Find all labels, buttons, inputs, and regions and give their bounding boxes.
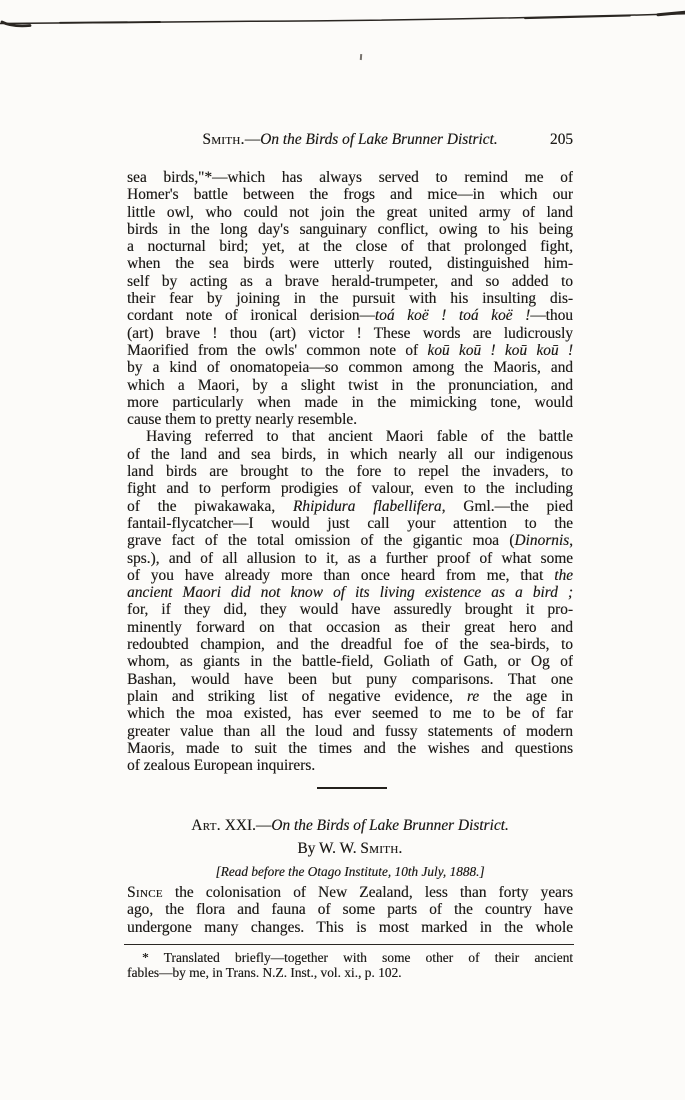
text-line: of the land and sea birds, in which near… [127,446,573,463]
paragraph-having-referred: Having referred to that ancient Maori fa… [127,428,573,774]
scanned-book-page: Smith.—On the Birds of Lake Brunner Dist… [0,0,685,1100]
text-line: sea birds,"*—which has always served to … [127,169,573,186]
text-line: Having referred to that ancient Maori fa… [127,428,573,445]
article-byline: By W. W. Smith. [127,840,573,858]
text-line: little owl, who could not join the great… [127,204,573,221]
text-line: which a Maori, by a slight twist in the … [127,377,573,394]
text-line: Bashan, would have been but puny compari… [127,671,573,688]
text-line: minently forward on that occasion as the… [127,619,573,636]
text-line: of the piwakawaka, Rhipidura flabellifer… [127,498,573,515]
text-line: ancient Maori did not know of its living… [127,584,573,601]
text-line: cause them to pretty nearly resemble. [127,411,573,428]
running-header: Smith.—On the Birds of Lake Brunner Dist… [127,131,573,151]
text-line: * Translated briefly—together with some … [127,950,573,965]
running-header-title: Smith.—On the Birds of Lake Brunner Dist… [127,131,573,149]
footnote-rule [124,944,574,945]
torn-page-edge-artifact [0,0,685,42]
text-line: by a kind of onomatopeia—so common among… [127,359,573,376]
text-line: Maoris, made to suit the times and the w… [127,740,573,757]
text-line: for, if they did, they would have assure… [127,601,573,618]
page-number: 205 [550,131,573,149]
text-line: fables—by me, in Trans. N.Z. Inst., vol.… [127,965,573,980]
text-line: greater value than all the loud and fuss… [127,723,573,740]
text-line: a nocturnal bird; yet, at the close of t… [127,238,573,255]
text-line: fight and to perform prodigies of valour… [127,480,573,497]
text-line: plain and striking list of negative evid… [127,688,573,705]
text-line: which the moa existed, has ever seemed t… [127,705,573,722]
text-line: Since the colonisation of New Zealand, l… [127,884,573,901]
paragraph-sea-birds: sea birds,"*—which has always served to … [127,169,573,428]
text-line: more particularly when made in the mimic… [127,394,573,411]
article-heading: Art. XXI.—On the Birds of Lake Brunner D… [127,817,573,835]
text-line: self by acting as a brave herald-trumpet… [127,273,573,290]
text-line: their fear by joining in the pursuit wit… [127,290,573,307]
first-article-body: sea birds,"*—which has always served to … [127,169,573,774]
text-line: of zealous European inquirers. [127,757,573,774]
ink-speck-artifact [360,54,362,60]
text-line: whom, as giants in the battle-field, Gol… [127,653,573,670]
text-line: redoubted champion, and the dreadful foe… [127,636,573,653]
text-line: sps.), and of all allusion to it, as a f… [127,550,573,567]
section-divider-rule [317,787,387,789]
text-line: land birds are brought to the fore to re… [127,463,573,480]
text-line: ago, the flora and fauna of some parts o… [127,901,573,918]
text-line: birds in the long day's sanguinary confl… [127,221,573,238]
text-line: (art) brave ! thou (art) victor ! These … [127,325,573,342]
text-line: grave fact of the total omission of the … [127,532,573,549]
article-read-note: [Read before the Otago Institute, 10th J… [127,864,573,880]
text-line: when the sea birds were utterly routed, … [127,255,573,272]
text-line: Homer's battle between the frogs and mic… [127,186,573,203]
text-line: Maorified from the owls' common note of … [127,342,573,359]
second-article-opening-paragraph: Since the colonisation of New Zealand, l… [127,884,573,936]
text-line: of you have already more than once heard… [127,567,573,584]
text-line: cordant note of ironical derision—toá ko… [127,307,573,324]
footnote: * Translated briefly—together with some … [127,950,573,981]
text-line: fantail-flycatcher—I would just call you… [127,515,573,532]
text-line: undergone many changes. This is most mar… [127,919,573,936]
